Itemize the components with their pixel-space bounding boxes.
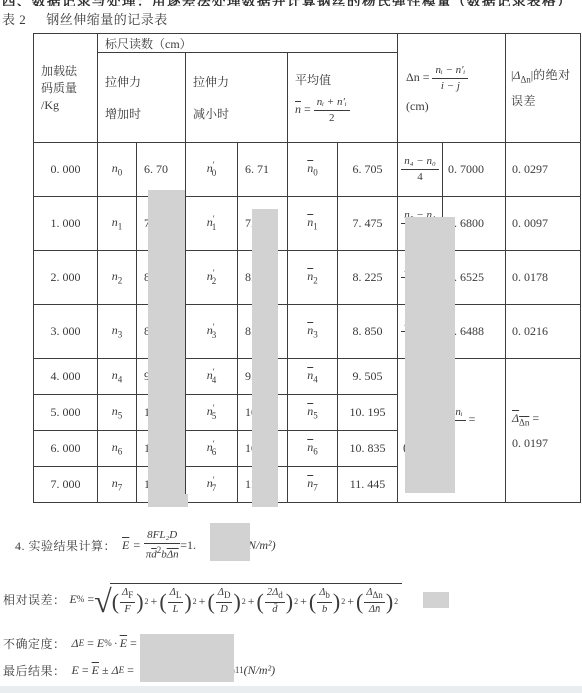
final-unit: (N/m²): [244, 663, 276, 678]
calc-label: 4. 实验结果计算：: [15, 537, 116, 554]
header-err: |ΔΔn|的绝对 误差: [506, 34, 581, 143]
cell-value-inc: 6. 70: [137, 143, 186, 197]
table-title: 钢丝伸缩量的记录表: [46, 12, 168, 27]
cell-label-inc: n5: [98, 395, 137, 431]
table-row: 4. 000 n4 9 n′4 9. n4 9. 505 Δn = ΣΔnᵢ4 …: [34, 359, 581, 395]
cell-label-dec: n′3: [186, 305, 238, 359]
cell-label-avg: n1: [288, 197, 338, 251]
header-inc: 拉伸力增加时: [98, 53, 186, 143]
cell-label-inc: n6: [98, 431, 137, 467]
cell-mass: 7. 000: [34, 467, 98, 503]
redaction-box: [148, 494, 188, 507]
cell-dn-value: 0. 7000: [443, 143, 506, 197]
cell-value-avg: 11. 445: [338, 467, 398, 503]
cell-label-inc: n2: [98, 251, 137, 305]
table-row: 2. 000 n2 8 n′2 8. n2 8. 225 n₆ − n₂4 0.…: [34, 251, 581, 305]
table-row: 0. 000 n0 6. 70 n′0 6. 71 n0 6. 705 n₄ −…: [34, 143, 581, 197]
cell-label-dec: n′4: [186, 359, 238, 395]
cell-error-merged: ΔΔn = 0. 0197: [506, 359, 581, 503]
unc-label: 不确定度：: [3, 635, 66, 652]
avg-formula: n = nᵢ + n′ᵢ2: [295, 96, 397, 124]
cell-mass: 0. 000: [34, 143, 98, 197]
header-mass: 加载砝 码质量 /Kg: [34, 34, 98, 143]
cell-value-avg: 10. 195: [338, 395, 398, 431]
redaction-box: [423, 592, 449, 608]
dn-formula-fraction: nᵢ − n′ᵢi − j: [432, 64, 468, 92]
cell-label-inc: n7: [98, 467, 137, 503]
redaction-box: [148, 190, 185, 497]
cell-mass: 6. 000: [34, 431, 98, 467]
cell-label-dec: n′2: [186, 251, 238, 305]
cell-label-inc: n0: [98, 143, 137, 197]
cell-error: 0. 0216: [506, 305, 581, 359]
record-table: 加载砝 码质量 /Kg 标尺读数（cm） Δn = nᵢ − n′ᵢi − j …: [33, 33, 581, 503]
cell-label-dec: n′7: [186, 467, 238, 503]
sqrt-expression: √ (ΔFF)2 + (ΔLL)2 + (ΔDD)2 + (2Δdd̄)2 + …: [94, 583, 402, 616]
cell-value-avg: 9. 505: [338, 359, 398, 395]
cell-mass: 2. 000: [34, 251, 98, 305]
cell-value-avg: 10. 835: [338, 431, 398, 467]
cell-label-inc: n3: [98, 305, 137, 359]
cell-value-avg: 8. 225: [338, 251, 398, 305]
table-row: 1. 000 n1 7 n′1 7. n1 7. 475 n₅ − n₁4 0.…: [34, 197, 581, 251]
cell-label-avg: n4: [288, 359, 338, 395]
cell-label-dec: n′6: [186, 431, 238, 467]
top-clipped-text-content: 四、数据记录与处理：用逐差法处理数据并计算钢丝的杨氏弹性模量（数据记录表格）: [2, 0, 578, 6]
formula-uncertainty-line: 不确定度： ΔE = E% · E =: [3, 634, 137, 652]
cell-error: 0. 0297: [506, 143, 581, 197]
document-page: 四、数据记录与处理：用逐差法处理数据并计算钢丝的杨氏弹性模量（数据记录表格） 表…: [0, 0, 582, 693]
cell-label-inc: n4: [98, 359, 137, 395]
cell-label-avg: n2: [288, 251, 338, 305]
header-scale-group: 标尺读数（cm）: [98, 34, 398, 53]
cell-label-inc: n1: [98, 197, 137, 251]
top-clipped-text: 四、数据记录与处理：用逐差法处理数据并计算钢丝的杨氏弹性模量（数据记录表格）: [2, 0, 578, 6]
table-label: 表 2: [2, 12, 26, 27]
formula-relative-error-line: 相对误差： E% = √ (ΔFF)2 + (ΔLL)2 + (ΔDD)2 + …: [3, 577, 446, 621]
calc-fraction: 8FL₂D πd2bΔn: [144, 529, 180, 561]
cell-error: 0. 0097: [506, 197, 581, 251]
cell-label-dec: n′1: [186, 197, 238, 251]
cell-label-avg: n5: [288, 395, 338, 431]
redaction-box: [210, 523, 250, 561]
header-avg: 平均值 n = nᵢ + n′ᵢ2: [288, 53, 398, 143]
cell-value-dec: 6. 71: [238, 143, 288, 197]
redaction-box: [252, 209, 278, 507]
redaction-box: [140, 634, 234, 682]
cell-label-avg: n3: [288, 305, 338, 359]
header-dec: 拉伸力减小时: [186, 53, 288, 143]
redaction-box: [405, 217, 455, 493]
cell-value-avg: 8. 850: [338, 305, 398, 359]
table-caption: 表 2钢丝伸缩量的记录表: [2, 9, 168, 28]
cell-label-dec: n′5: [186, 395, 238, 431]
cell-label-dec: n′0: [186, 143, 238, 197]
bottom-bar: [0, 686, 582, 693]
rel-label: 相对误差：: [3, 591, 66, 608]
cell-dn-formula: n₄ − n₀4: [398, 143, 443, 197]
final-label: 最后结果：: [3, 662, 66, 679]
header-dn: Δn = nᵢ − n′ᵢi − j (cm): [398, 34, 506, 143]
cell-mass: 4. 000: [34, 359, 98, 395]
dn-unit: (cm): [406, 99, 505, 114]
cell-mass: 3. 000: [34, 305, 98, 359]
cell-error: 0. 0178: [506, 251, 581, 305]
cell-mass: 5. 000: [34, 395, 98, 431]
cell-label-avg: n0: [288, 143, 338, 197]
cell-value-avg: 7. 475: [338, 197, 398, 251]
cell-label-avg: n7: [288, 467, 338, 503]
dn-formula-lead: Δn =: [406, 70, 429, 84]
table-row: 3. 000 n3 8 n′3 8. n3 8. 850 n₇ − n₃4 0.…: [34, 305, 581, 359]
cell-label-avg: n6: [288, 431, 338, 467]
cell-mass: 1. 000: [34, 197, 98, 251]
cell-value-avg: 6. 705: [338, 143, 398, 197]
